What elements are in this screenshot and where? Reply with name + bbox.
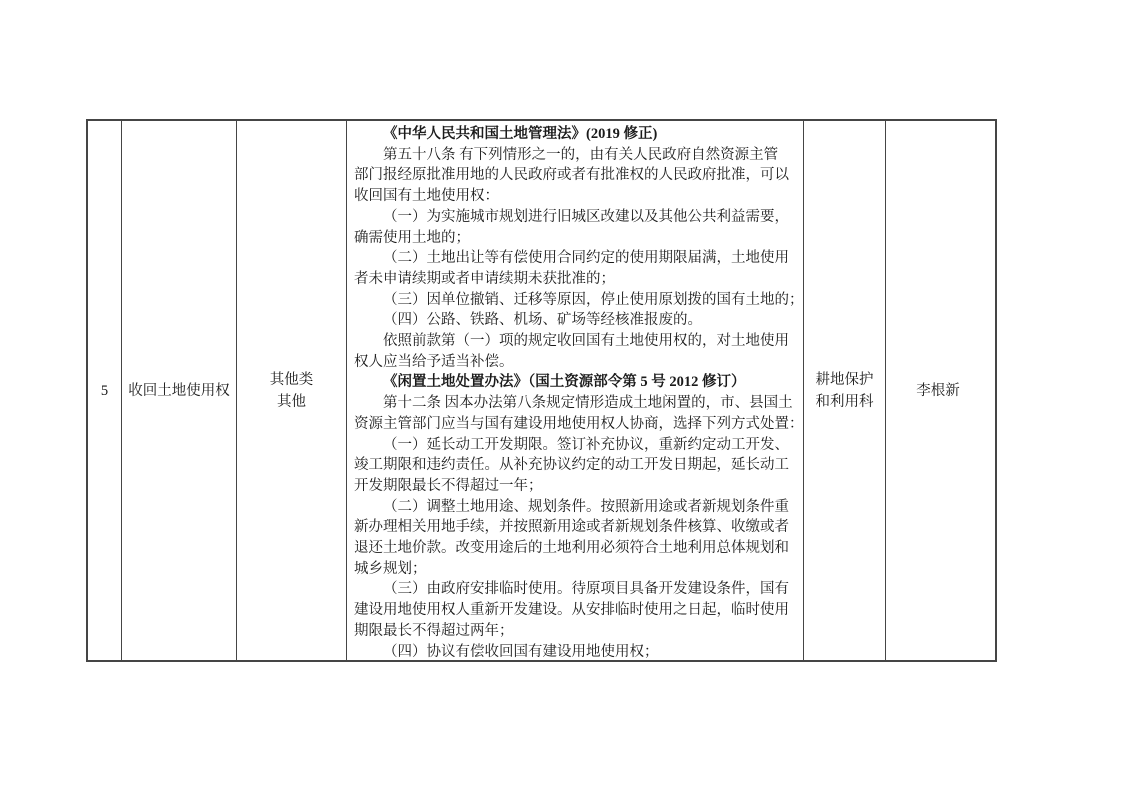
department-cell: 耕地保护和利用科 <box>804 121 886 660</box>
legal-text-line: （一）延长动工开发期限。签订补充协议，重新约定动工开发、 <box>354 435 796 456</box>
responsible-person-cell: 李根新 <box>886 121 990 660</box>
item-name-cell: 收回土地使用权 <box>122 121 237 660</box>
legal-text-line: 退还土地价款。改变用途后的土地利用必须符合土地利用总体规划和 <box>354 538 796 559</box>
legal-text-line: （三）因单位撤销、迁移等原因，停止使用原划拨的国有土地的； <box>354 290 796 311</box>
legal-text-line: （三）由政府安排临时使用。待原项目具备开发建设条件，国有 <box>354 579 796 600</box>
category-cell: 其他类其他 <box>237 121 347 660</box>
legal-text-line: （一）为实施城市规划进行旧城区改建以及其他公共利益需要， <box>354 207 796 228</box>
category-line: 其他 <box>277 391 306 413</box>
legal-text-line: 第十二条 因本办法第八条规定情形造成土地闲置的，市、县国土 <box>354 393 796 414</box>
legal-text-line: 《闲置土地处置办法》（国土资源部令第 5 号 2012 修订） <box>354 372 796 393</box>
department-line: 和利用科 <box>816 391 874 413</box>
document-page: 5 收回土地使用权 其他类其他 《中华人民共和国土地管理法》(2019 修正)第… <box>0 0 1122 793</box>
responsible-person: 李根新 <box>916 380 960 402</box>
legal-text-line: 第五十八条 有下列情形之一的，由有关人民政府自然资源主管 <box>354 145 796 166</box>
row-number: 5 <box>101 380 108 402</box>
department-line: 耕地保护 <box>816 369 874 391</box>
legal-text-line: 部门报经原批准用地的人民政府或者有批准权的人民政府批准，可以 <box>354 165 796 186</box>
legal-text-line: （二）调整土地用途、规划条件。按照新用途或者新规划条件重 <box>354 497 796 518</box>
legal-text-line: 城乡规划； <box>354 559 796 580</box>
legal-text-line: 新办理相关用地手续，并按照新用途或者新规划条件核算、收缴或者 <box>354 517 796 538</box>
legal-text-line: 依照前款第（一）项的规定收回国有土地使用权的，对土地使用 <box>354 331 796 352</box>
legal-text-line: 收回国有土地使用权： <box>354 186 796 207</box>
legal-text-line: 建设用地使用权人重新开发建设。从安排临时使用之日起，临时使用 <box>354 600 796 621</box>
legal-text-line: 开发期限最长不得超过一年； <box>354 476 796 497</box>
legal-text-line: 《中华人民共和国土地管理法》(2019 修正) <box>354 124 796 145</box>
matters-table: 5 收回土地使用权 其他类其他 《中华人民共和国土地管理法》(2019 修正)第… <box>86 119 997 662</box>
legal-basis-cell: 《中华人民共和国土地管理法》(2019 修正)第五十八条 有下列情形之一的，由有… <box>347 121 804 660</box>
legal-text-line: 期限最长不得超过两年； <box>354 621 796 642</box>
legal-text-line: 确需使用土地的； <box>354 228 796 249</box>
legal-text-line: （四）公路、铁路、机场、矿场等经核准报废的。 <box>354 310 796 331</box>
legal-text-line: 资源主管部门应当与国有建设用地使用权人协商，选择下列方式处置： <box>354 414 796 435</box>
row-number-cell: 5 <box>88 121 122 660</box>
legal-text-line: 竣工期限和违约责任。从补充协议约定的动工开发日期起，延长动工 <box>354 455 796 476</box>
legal-text-line: （二）土地出让等有偿使用合同约定的使用期限届满，土地使用 <box>354 248 796 269</box>
item-name: 收回土地使用权 <box>128 380 230 402</box>
legal-text-line: 者未申请续期或者申请续期未获批准的； <box>354 269 796 290</box>
legal-text-line: 权人应当给予适当补偿。 <box>354 352 796 373</box>
legal-text-line: （四）协议有偿收回国有建设用地使用权； <box>354 642 796 660</box>
category-line: 其他类 <box>270 369 314 391</box>
